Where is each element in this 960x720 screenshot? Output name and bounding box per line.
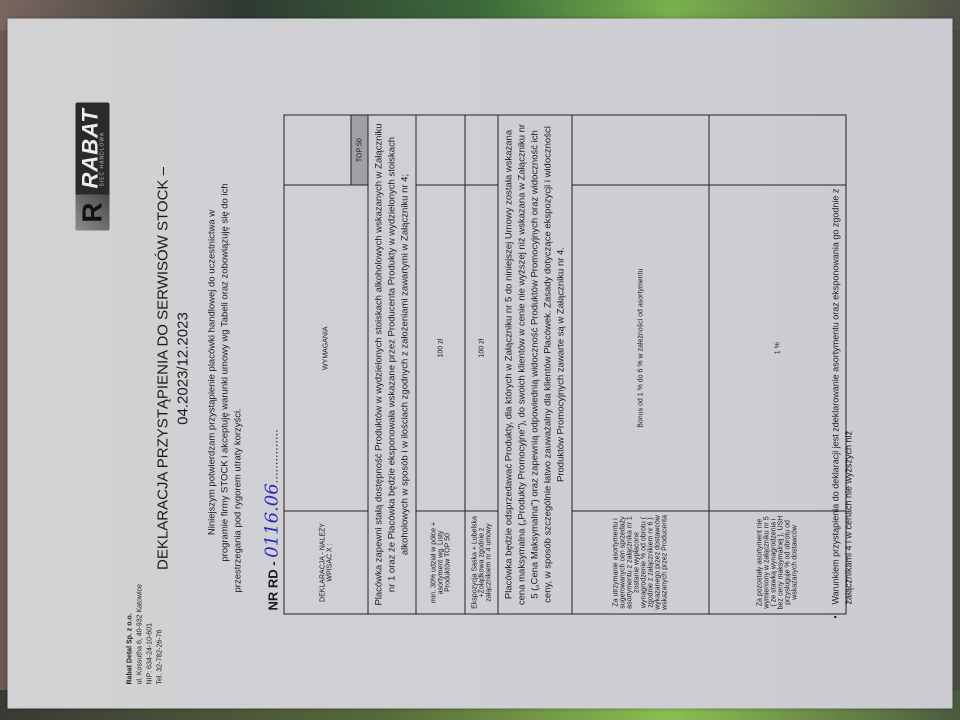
nr-rd-handwritten-value: 0116.06 bbox=[262, 483, 283, 557]
table-header-row: DEKLARACJA - NALEŻY WPISAĆ X : WYMAGANIA bbox=[284, 115, 351, 614]
declaration-checkbox-cell[interactable] bbox=[709, 115, 846, 185]
requirement-cell: Za pozostały asortyment nie wymieniony w… bbox=[709, 511, 846, 614]
requirement-cell: min. 30% udział w półce + asortyment wg.… bbox=[416, 511, 465, 614]
title-line-1: DEKLARACJA PRZYSTĄPIENIA DO SERWISÓW STO… bbox=[154, 69, 174, 669]
nr-rd-field: NR RD - 0116.06............... bbox=[262, 429, 283, 610]
logo-brand: RABAT bbox=[78, 108, 104, 188]
header-declaration: DEKLARACJA - NALEŻY WPISAĆ X : bbox=[284, 511, 368, 614]
value-cell: 100 zł bbox=[416, 185, 465, 511]
declaration-checkbox-cell[interactable] bbox=[416, 115, 465, 185]
footnote-text: Warunkiem przystąpienia do deklaracji je… bbox=[831, 189, 854, 605]
promo-description-row: Placówka będzie odsprzedawać Produkty, d… bbox=[498, 115, 572, 614]
table-row: min. 30% udział w półce + asortyment wg.… bbox=[416, 115, 465, 614]
value-cell: 1 % bbox=[709, 185, 846, 511]
header-empty-cell bbox=[284, 115, 351, 185]
top50-description-row: Placówka zapewni stałą dostępność Produk… bbox=[368, 115, 416, 614]
header-top50: TOP 50 bbox=[351, 115, 368, 185]
title-line-2: 04.2023/12.2023 bbox=[174, 69, 194, 669]
declaration-checkbox-cell[interactable] bbox=[572, 115, 709, 185]
declaration-page: R SIEĆ HANDLOWA RABAT Rabat Detal Sp. z … bbox=[8, 19, 953, 709]
address-line: Rabat Detal Sp. z o.o. bbox=[126, 584, 136, 684]
intro-line-1: Niniejszym potwierdzam przystąpienie pla… bbox=[206, 153, 219, 593]
header-requirements: WYMAGANIA bbox=[284, 185, 368, 511]
nr-rd-dots: ............... bbox=[266, 429, 281, 483]
requirement-cell: Za utrzymanie asortymentu i sugerowanych… bbox=[572, 511, 709, 614]
document-title: DEKLARACJA PRZYSTĄPIENIA DO SERWISÓW STO… bbox=[154, 69, 194, 669]
intro-line-3: przestrzegania pod rygorem utraty korzyś… bbox=[232, 153, 245, 593]
footnote: • Warunkiem przystąpienia do deklaracji … bbox=[830, 185, 856, 605]
promo-description: Placówka będzie odsprzedawać Produkty, d… bbox=[498, 115, 572, 614]
declaration-checkbox-cell[interactable] bbox=[465, 115, 498, 185]
address-line: ul. Kossutha 6, 40-932 Katowice bbox=[136, 584, 146, 684]
table-row: Ekspozycja Saska + Lubelska +Żołądkowa z… bbox=[465, 115, 498, 614]
nr-rd-label: NR RD - bbox=[266, 561, 281, 610]
table-row: Za utrzymanie asortymentu i sugerowanych… bbox=[572, 115, 709, 614]
top50-description: Placówka zapewni stałą dostępność Produk… bbox=[368, 115, 416, 614]
table-row: Za pozostały asortyment nie wymieniony w… bbox=[709, 115, 846, 614]
bullet-icon: • bbox=[830, 615, 843, 618]
value-cell: 100 zł bbox=[465, 185, 498, 511]
requirement-cell: Ekspozycja Saska + Lubelska +Żołądkowa z… bbox=[465, 511, 498, 614]
intro-text: Niniejszym potwierdzam przystąpienie pla… bbox=[206, 153, 245, 593]
value-cell: Bonus od 1 % do 6 % w zależności od asor… bbox=[572, 185, 709, 511]
intro-line-2: programie firmy STOCK i akceptuję warunk… bbox=[219, 153, 232, 593]
declaration-table: DEKLARACJA - NALEŻY WPISAĆ X : WYMAGANIA… bbox=[284, 115, 847, 615]
rabat-r-icon: R bbox=[76, 195, 110, 231]
rabat-logo: R SIEĆ HANDLOWA RABAT bbox=[76, 103, 110, 231]
